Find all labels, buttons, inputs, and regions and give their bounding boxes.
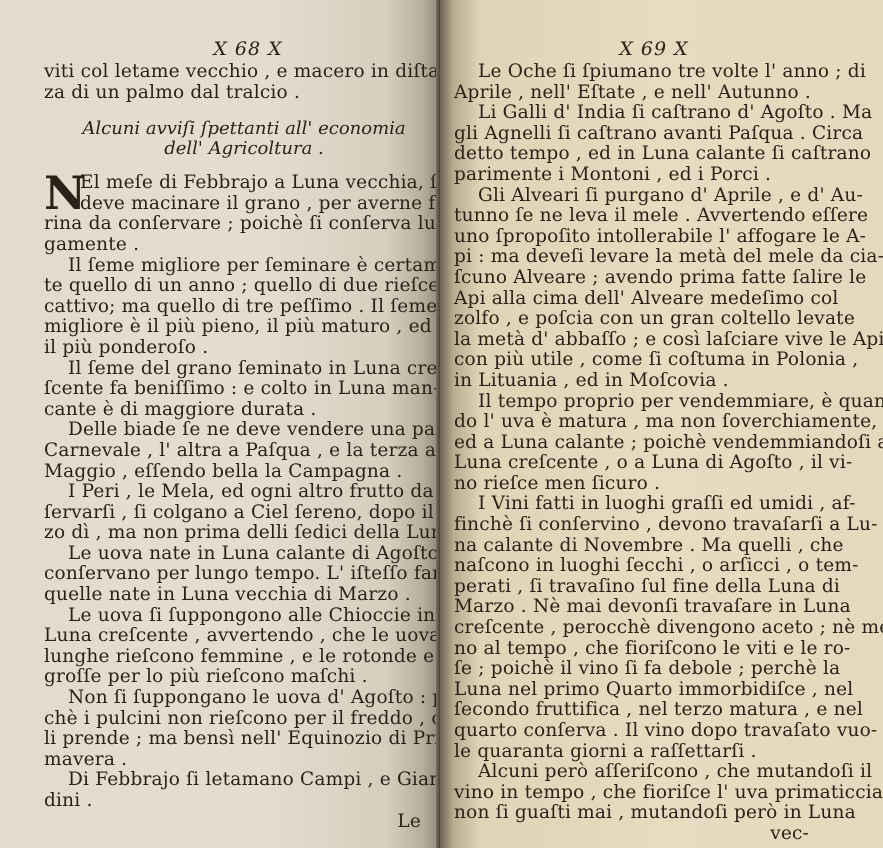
text-line: gamente . xyxy=(44,235,439,256)
text-line: El meſe di Febbrajo a Luna vecchia, ſi xyxy=(80,173,439,194)
text-line: Il tempo proprio per vendemmiare, è quan… xyxy=(454,392,849,413)
text-line: Il ſeme migliore per ſeminare è certamen… xyxy=(44,256,439,277)
catchword: Le xyxy=(44,812,439,833)
text-line: zo dì , ma non prima delli ſedici della … xyxy=(44,523,439,544)
text-line: chè i pulcini non rieſcono per il freddo… xyxy=(44,709,439,730)
text-line: Carnevale , l' altra a Paſqua , e la ter… xyxy=(44,441,439,462)
text-line: Le uova nate in Luna calante di Agoſto ſ… xyxy=(44,544,439,565)
text-line: in Lituania , ed in Moſcovia . xyxy=(454,371,849,392)
text-line: Gli Alveari ſi purgano d' Aprile , e d' … xyxy=(454,186,849,207)
text-line: con più utile , come ſi coſtuma in Polon… xyxy=(454,350,849,371)
left-text-block: viti col letame vecchio , e macero in di… xyxy=(44,62,439,103)
text-line: lunghe rieſcono femmine , e le rotonde e xyxy=(44,647,439,668)
section-heading: Alcuni avviſi ſpettanti all' economia de… xyxy=(44,119,424,159)
text-line: ſcuno Alveare ; avendo prima fatte ſalir… xyxy=(454,268,849,289)
text-line: ed a Luna calante ; poichè vendemmiandoſ… xyxy=(454,433,849,454)
text-line: creſcente , perocchè divengono aceto ; n… xyxy=(454,618,849,639)
text-line: ſe ; poichè il vino ſi fa debole ; perch… xyxy=(454,659,849,680)
text-line: zolfo , e poſcia con un gran coltello le… xyxy=(454,309,849,330)
text-line: naſcono in luoghi ſecchi , o arſicci , o… xyxy=(454,556,849,577)
text-line: rina da conſervare ; poichè ſi conſerva … xyxy=(44,214,439,235)
left-body: N El meſe di Febbrajo a Luna vecchia, ſi… xyxy=(44,173,439,811)
text-line: vino in tempo , che fioriſce l' uva prim… xyxy=(454,783,849,804)
text-line: mavera . xyxy=(44,750,439,771)
text-line: tunno ſe ne leva il mele . Avvertendo eſ… xyxy=(454,206,849,227)
text-line: Le uova ſi ſuppongono alle Chioccie in xyxy=(44,606,439,627)
text-line: I Peri , le Mela, ed ogni altro frutto d… xyxy=(44,482,439,503)
text-line: Non ſi ſuppongano le uova d' Agoſto : po… xyxy=(44,688,439,709)
text-line: cattivo; ma quello di tre peſſimo . Il ſ… xyxy=(44,297,439,318)
book-spread: X 68 X viti col letame vecchio , e macer… xyxy=(0,0,883,848)
heading-line: Alcuni avviſi ſpettanti all' economia xyxy=(64,119,424,139)
text-line: viti col letame vecchio , e macero in di… xyxy=(44,62,439,83)
text-line: uno ſpropoſito intollerabile l' affogare… xyxy=(454,227,849,248)
text-line: do l' uva è matura , ma non ſoverchiamen… xyxy=(454,412,849,433)
text-line: cante è di maggiore durata . xyxy=(44,400,439,421)
text-line: quarto conſerva . Il vino dopo travaſato… xyxy=(454,721,849,742)
text-line: Marzo . Nè mai devonſi travaſare in Luna xyxy=(454,597,849,618)
text-line: no rieſce men ſicuro . xyxy=(454,474,849,495)
text-line: conſervano per lungo tempo. L' iſteſſo f… xyxy=(44,564,439,585)
text-line: ſecondo fruttifica , nel terzo matura , … xyxy=(454,700,849,721)
text-line: na calante di Novembre . Ma quelli , che xyxy=(454,536,849,557)
text-line: Di Febbrajo ſi letamano Campi , e Giar- xyxy=(44,770,439,791)
text-line: Li Galli d' India ſi caſtrano d' Agoſto … xyxy=(454,103,849,124)
text-line: gli Agnelli ſi caſtrano avanti Paſqua . … xyxy=(454,124,849,145)
text-line: dini . xyxy=(44,791,439,812)
heading-line: dell' Agricoltura . xyxy=(64,139,424,159)
text-line: migliore è il più pieno, il più maturo ,… xyxy=(44,317,439,338)
text-line: li prende ; ma bensì nell' Equinozio di … xyxy=(44,729,439,750)
text-line: Le Oche ſi ſpiumano tre volte l' anno ; … xyxy=(454,62,849,83)
text-line: ſcente fa beniſſimo : e colto in Luna ma… xyxy=(44,379,439,400)
text-line: Delle biade ſe ne deve vendere una parte… xyxy=(44,420,439,441)
text-line: le quaranta giorni a raſſettarſi . xyxy=(454,742,849,763)
text-line: il più ponderoſo . xyxy=(44,338,439,359)
text-line: quelle nate in Luna vecchia di Marzo . xyxy=(44,585,439,606)
text-line: Aprile , nell' Eſtate , e nell' Autunno … xyxy=(454,83,849,104)
text-line: Luna creſcente , avvertendo , che le uov… xyxy=(44,626,439,647)
text-line: I Vini fatti in luoghi graſſi ed umidi ,… xyxy=(454,494,849,515)
text-line: non ſi guaſti mai , mutandoſi però in Lu… xyxy=(454,803,849,824)
right-body: Le Oche ſi ſpiumano tre volte l' anno ; … xyxy=(454,62,849,824)
text-line: pi : ma deveſi levare la metà del mele d… xyxy=(454,247,849,268)
left-page: X 68 X viti col letame vecchio , e macer… xyxy=(0,0,440,848)
text-line: ſervarſi , ſi colgano a Ciel ſereno, dop… xyxy=(44,503,439,524)
text-line: groſſe per lo più rieſcono maſchi . xyxy=(44,667,439,688)
dropcap-paragraph-start: N El meſe di Febbrajo a Luna vecchia, ſi… xyxy=(44,173,439,214)
catchword: vec- xyxy=(454,824,849,845)
text-line: deve macinare il grano , per averne fa- xyxy=(80,194,439,215)
page-number-69: X 69 X xyxy=(454,38,854,60)
text-line: za di un palmo dal tralcio . xyxy=(44,83,439,104)
text-line: Luna creſcente , o a Luna di Agoſto , il… xyxy=(454,453,849,474)
drop-cap: N xyxy=(44,171,86,215)
text-line: detto tempo , ed in Luna calante ſi caſt… xyxy=(454,144,849,165)
text-line: Alcuni però aſſeriſcono , che mutandoſi … xyxy=(454,762,849,783)
text-line: parimente i Montoni , ed i Porci . xyxy=(454,165,849,186)
text-line: Maggio , eſſendo bella la Campagna . xyxy=(44,462,439,483)
text-line: Luna nel primo Quarto immorbidiſce , nel xyxy=(454,680,849,701)
text-line: perati , ſi travaſino ſul fine della Lun… xyxy=(454,577,849,598)
text-line: finchè ſi conſervino , devono travaſarſi… xyxy=(454,515,849,536)
right-page: X 69 X Le Oche ſi ſpiumano tre volte l' … xyxy=(440,0,883,848)
text-line: la metà d' abbaſſo ; e così laſciare viv… xyxy=(454,330,849,351)
page-number-68: X 68 X xyxy=(44,38,428,60)
text-line: Il ſeme del grano ſeminato in Luna cre- xyxy=(44,359,439,380)
text-line: te quello di un anno ; quello di due rie… xyxy=(44,276,439,297)
text-line: no al tempo , che fioriſcono le viti e l… xyxy=(454,639,849,660)
text-line: Api alla cima dell' Alveare medeſimo col xyxy=(454,289,849,310)
